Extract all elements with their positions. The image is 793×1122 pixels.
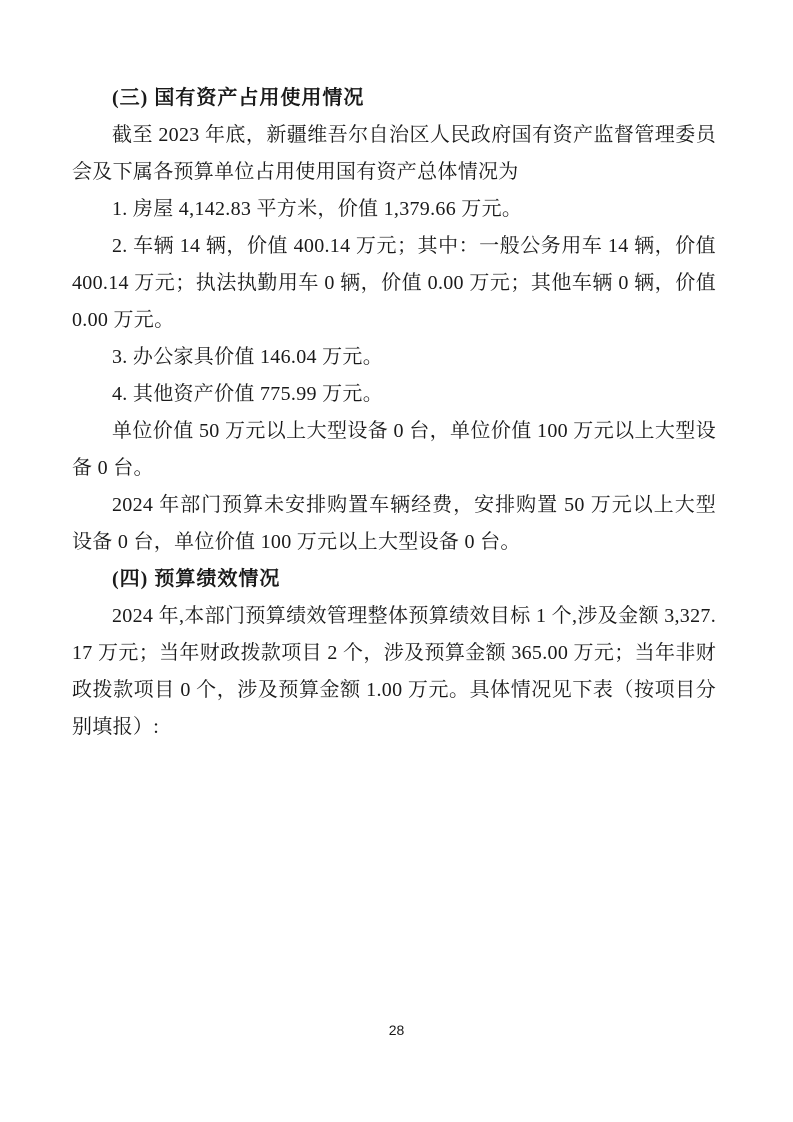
paragraph-2024-budget-purchases: 2024 年部门预算未安排购置车辆经费，安排购置 50 万元以上大型设备 0 台… — [72, 487, 716, 561]
page-number: 28 — [389, 1022, 405, 1038]
paragraph-assets-overview: 截至 2023 年底，新疆维吾尔自治区人民政府国有资产监督管理委员会及下属各预算… — [72, 117, 716, 191]
paragraph-large-equipment: 单位价值 50 万元以上大型设备 0 台，单位价值 100 万元以上大型设备 0… — [72, 413, 716, 487]
paragraph-performance-targets: 2024 年,本部门预算绩效管理整体预算绩效目标 1 个,涉及金额 3,327.… — [72, 598, 716, 746]
section-heading-budget-performance: (四) 预算绩效情况 — [72, 561, 716, 598]
paragraph-housing: 1. 房屋 4,142.83 平方米，价值 1,379.66 万元。 — [72, 191, 716, 228]
paragraph-other-assets: 4. 其他资产价值 775.99 万元。 — [72, 376, 716, 413]
section-heading-state-assets: (三) 国有资产占用使用情况 — [72, 80, 716, 117]
paragraph-vehicles: 2. 车辆 14 辆，价值 400.14 万元；其中：一般公务用车 14 辆，价… — [72, 228, 716, 339]
document-content: (三) 国有资产占用使用情况 截至 2023 年底，新疆维吾尔自治区人民政府国有… — [72, 80, 716, 746]
page-footer: 28 — [0, 1022, 793, 1040]
document-page: (三) 国有资产占用使用情况 截至 2023 年底，新疆维吾尔自治区人民政府国有… — [0, 0, 793, 1122]
paragraph-office-furniture: 3. 办公家具价值 146.04 万元。 — [72, 339, 716, 376]
